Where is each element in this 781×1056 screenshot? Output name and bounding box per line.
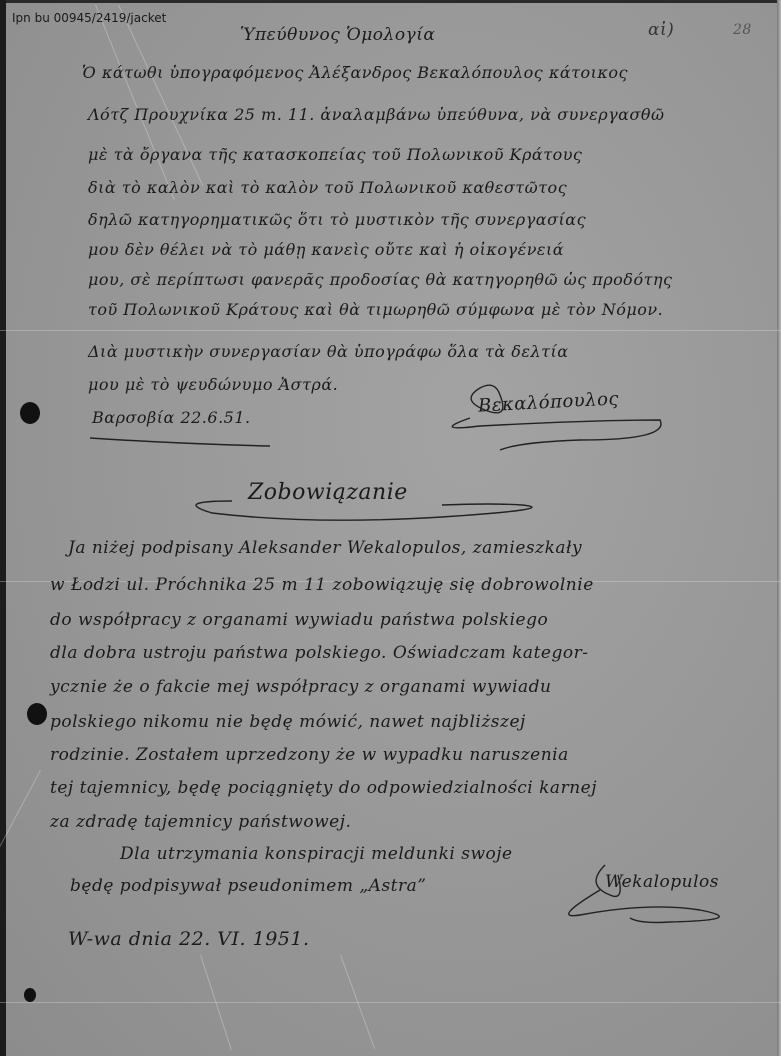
punch-hole [24,988,36,1002]
polish-line: w Łodzi ul. Próchnika 25 m 11 zobowiązuj… [50,575,594,595]
scan-line [0,330,781,331]
greek-line: Διὰ μυστικὴν συνεργασίαν θὰ ὑπογράφω ὅλα… [88,342,569,361]
greek-line: δηλῶ κατηγορηματικῶς ὅτι τὸ μυστικὸν τῆς… [88,210,586,229]
greek-line: μου μὲ τὸ ψευδώνυμο Ἀστρά. [88,375,338,394]
greek-line: Ὁ κάτωθι ὑπογραφόμενος Ἀλέξανδρος Βεκαλό… [82,63,628,82]
polish-line: dla dobra ustroju państwa polskiego. Ośw… [50,643,588,663]
polish-line: polskiego nikomu nie będę mówić, nawet n… [50,712,526,732]
polish-line: rodzinie. Zostałem uprzedzony że w wypad… [50,745,569,765]
greek-line: μου, σὲ περίπτωσι φανερᾶς προδοσίας θὰ κ… [88,270,672,289]
archive-reference-label: Ipn bu 00945/2419/jacket [12,11,166,25]
corner-annotation: αἰ) [648,20,674,40]
scan-left-edge [0,0,6,1056]
punch-hole [27,703,47,725]
polish-line: tej tajemnicy, będę pociągnięty do odpow… [50,778,597,798]
polish-line: Ja niżej podpisany Aleksander Wekalopulo… [68,538,582,558]
polish-place-date: W-wa dnia 22. VI. 1951. [68,928,310,950]
polish-line: będę podpisywał pseudonimem „Astra” [70,876,426,896]
greek-line: μὲ τὰ ὄργανα τῆς κατασκοπείας τοῦ Πολωνι… [88,145,582,164]
scan-right-edge [777,0,781,1056]
greek-line: διὰ τὸ καλὸν καὶ τὸ καλὸν τοῦ Πολωνικοῦ … [88,178,567,197]
polish-line: za zdradę tajemnicy państwowej. [50,812,351,832]
signature-flourish [550,860,750,930]
corner-page-number: 28 [733,22,752,38]
polish-line: do współpracy z organami wywiadu państwa… [50,610,548,630]
scratch-mark [0,770,41,947]
polish-line: Dla utrzymania konspiracji meldunki swoj… [120,844,513,864]
polish-line: ycznie że o fakcie mej współpracy z orga… [50,677,551,697]
greek-title: Ὑπεύθυνος Ὁμολογία [240,25,435,45]
date-underline [90,430,290,450]
greek-place-date: Βαρσοβία 22.6.51. [92,408,251,427]
scan-top-edge [0,0,781,3]
title-underline-flourish [192,495,562,530]
signature-flourish [440,380,680,450]
scanned-document-page: Ipn bu 00945/2419/jacket αἰ) 28 Ὑπεύθυνο… [0,0,781,1056]
greek-line: τοῦ Πολωνικοῦ Κράτους καὶ θὰ τιμωρηθῶ σύ… [88,300,663,319]
scan-line [0,1002,781,1003]
greek-line: Λότζ Προυχνίκα 25 m. 11. ἀναλαμβάνω ὑπεύ… [88,105,665,124]
greek-line: μου δὲν θέλει νὰ τὸ μάθῃ κανεὶς οὔτε καὶ… [88,240,564,259]
punch-hole [20,402,40,424]
